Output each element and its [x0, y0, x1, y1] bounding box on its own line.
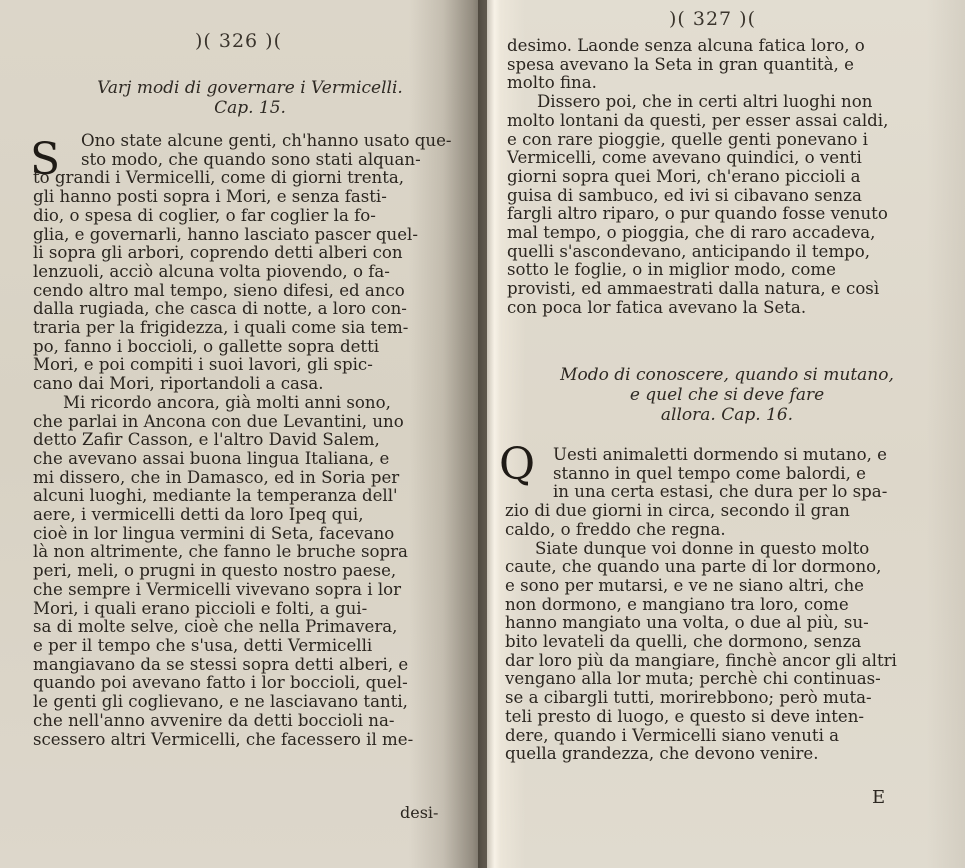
- text-line: dar loro più da mangiare, finchè ancor g…: [505, 652, 935, 671]
- text-line: dere, quando i Vermicelli siano venuti a: [505, 727, 935, 746]
- text-line: gli hanno posti sopra i Mori, e senza fa…: [33, 188, 463, 207]
- text-line: molto lontani da questi, per esser assai…: [507, 112, 937, 131]
- book-spread: )( 326 )( Varj modi di governare i Vermi…: [0, 0, 965, 868]
- text-line: molto fina.: [507, 74, 937, 93]
- text-line: che avevano assai buona lingua Italiana,…: [33, 450, 463, 469]
- text-line: sa di molte selve, cioè che nella Primav…: [33, 618, 463, 637]
- text-line: Uesti animaletti dormendo si mutano, e: [505, 446, 935, 465]
- text-line: sto modo, che quando sono stati alquan-: [33, 151, 463, 170]
- text-line: dio, o spesa di coglier, o far coglier l…: [33, 207, 463, 226]
- text-line: mi dissero, che in Damasco, ed in Soria …: [33, 469, 463, 488]
- text-line: cano dai Mori, riportandoli a casa.: [33, 375, 463, 394]
- text-line: caute, che quando una parte di lor dormo…: [505, 558, 935, 577]
- text-line: peri, meli, o prugni in questo nostro pa…: [33, 562, 463, 581]
- signature-mark: E: [872, 787, 885, 808]
- text-line: mal tempo, o pioggia, che di raro accade…: [507, 224, 937, 243]
- text-line: cendo altro mal tempo, sieno difesi, ed …: [33, 282, 463, 301]
- text-line: po, fanno i boccioli, o gallette sopra d…: [33, 338, 463, 357]
- text-line: Mori, i quali erano piccioli e folti, a …: [33, 600, 463, 619]
- text-line: non dormono, e mangiano tra loro, come: [505, 596, 935, 615]
- text-line: quelli s'ascondevano, anticipando il tem…: [507, 243, 937, 262]
- text-line: e con rare pioggie, quelle genti ponevan…: [507, 131, 937, 150]
- chapter-16-title-line-2: e quel che si deve fare: [527, 385, 927, 405]
- text-line: e per il tempo che s'usa, detti Vermicel…: [33, 637, 463, 656]
- text-line: provisti, ed ammaestrati dalla natura, e…: [507, 280, 937, 299]
- text-line: lenzuoli, acciò alcuna volta piovendo, o…: [33, 263, 463, 282]
- left-page: )( 326 )( Varj modi di governare i Vermi…: [0, 0, 487, 868]
- chapter-15-heading: Varj modi di governare i Vermicelli. Cap…: [40, 78, 460, 118]
- text-line: stanno in quel tempo come balordi, e: [505, 465, 935, 484]
- text-line: dalla rugiada, che casca di notte, a lor…: [33, 300, 463, 319]
- text-line: zio di due giorni in circa, secondo il g…: [505, 502, 935, 521]
- text-line: scessero altri Vermicelli, che facessero…: [33, 731, 463, 750]
- text-line: in una certa estasi, che dura per lo spa…: [505, 483, 935, 502]
- text-line: Dissero poi, che in certi altri luoghi n…: [507, 93, 937, 112]
- text-line: e sono per mutarsi, e ve ne siano altri,…: [505, 577, 935, 596]
- text-line: se a cibargli tutti, morirebbono; però m…: [505, 689, 935, 708]
- text-line: giorni sopra quei Mori, ch'erano picciol…: [507, 168, 937, 187]
- text-line: Vermicelli, come avevano quindici, o ven…: [507, 149, 937, 168]
- text-line: le genti gli coglievano, e ne lasciavano…: [33, 693, 463, 712]
- text-line: vengano alla lor muta; perchè chi contin…: [505, 670, 935, 689]
- text-line: che parlai in Ancona con due Levantini, …: [33, 413, 463, 432]
- chapter-16-body: Uesti animaletti dormendo si mutano, e s…: [505, 446, 935, 764]
- text-line: spesa avevano la Seta in gran quantità, …: [507, 56, 937, 75]
- text-line: che sempre i Vermicelli vivevano sopra i…: [33, 581, 463, 600]
- chapter-15-title: Varj modi di governare i Vermicelli.: [40, 78, 460, 98]
- text-line: bito levateli da quelli, che dormono, se…: [505, 633, 935, 652]
- text-line: Ono state alcune genti, ch'hanno usato q…: [33, 132, 463, 151]
- text-line: li sopra gli arbori, coprendo detti albe…: [33, 244, 463, 263]
- text-line: che nell'anno avvenire da detti boccioli…: [33, 712, 463, 731]
- text-line: mangiavano da se stessi sopra detti albe…: [33, 656, 463, 675]
- text-line: teli presto di luogo, e questo si deve i…: [505, 708, 935, 727]
- text-line: con poca lor fatica avevano la Seta.: [507, 299, 937, 318]
- text-line: glia, e governarli, hanno lasciato pasce…: [33, 226, 463, 245]
- chapter-16-title-line-1: Modo di conoscere, quando si mutano,: [527, 365, 927, 385]
- page-number-right: )( 327 )(: [669, 8, 756, 30]
- text-line: quella grandezza, che devono venire.: [505, 745, 935, 764]
- catchword: desi-: [400, 803, 438, 822]
- text-line: detto Zafir Casson, e l'altro David Sale…: [33, 431, 463, 450]
- text-line: hanno mangiato una volta, o due al più, …: [505, 614, 935, 633]
- text-line: guisa di sambuco, ed ivi si cibavano sen…: [507, 187, 937, 206]
- text-line: aere, i vermicelli detti da loro Ipeq qu…: [33, 506, 463, 525]
- text-line: fargli altro riparo, o pur quando fosse …: [507, 205, 937, 224]
- text-line: caldo, o freddo che regna.: [505, 521, 935, 540]
- chapter-16-number: allora. Cap. 16.: [527, 405, 927, 425]
- text-line: là non altrimente, che fanno le bruche s…: [33, 543, 463, 562]
- text-line: Mori, e poi compiti i suoi lavori, gli s…: [33, 356, 463, 375]
- chapter-15-continuation: desimo. Laonde senza alcuna fatica loro,…: [507, 37, 937, 318]
- text-line: alcuni luoghi, mediante la temperanza de…: [33, 487, 463, 506]
- text-line: Mi ricordo ancora, già molti anni sono,: [33, 394, 463, 413]
- page-number-left: )( 326 )(: [195, 30, 282, 52]
- text-line: sotto le foglie, o in miglior modo, come: [507, 261, 937, 280]
- text-line: to grandi i Vermicelli, come di giorni t…: [33, 169, 463, 188]
- text-line: traria per la frigidezza, i quali come s…: [33, 319, 463, 338]
- text-line: Siate dunque voi donne in questo molto: [505, 540, 935, 559]
- text-line: quando poi avevano fatto i lor boccioli,…: [33, 674, 463, 693]
- text-line: desimo. Laonde senza alcuna fatica loro,…: [507, 37, 937, 56]
- chapter-15-number: Cap. 15.: [40, 98, 460, 118]
- text-line: cioè in lor lingua vermini di Seta, face…: [33, 525, 463, 544]
- right-page: )( 327 )( desimo. Laonde senza alcuna fa…: [487, 0, 965, 868]
- chapter-16-heading: Modo di conoscere, quando si mutano, e q…: [527, 365, 927, 425]
- chapter-15-body: Ono state alcune genti, ch'hanno usato q…: [33, 132, 463, 749]
